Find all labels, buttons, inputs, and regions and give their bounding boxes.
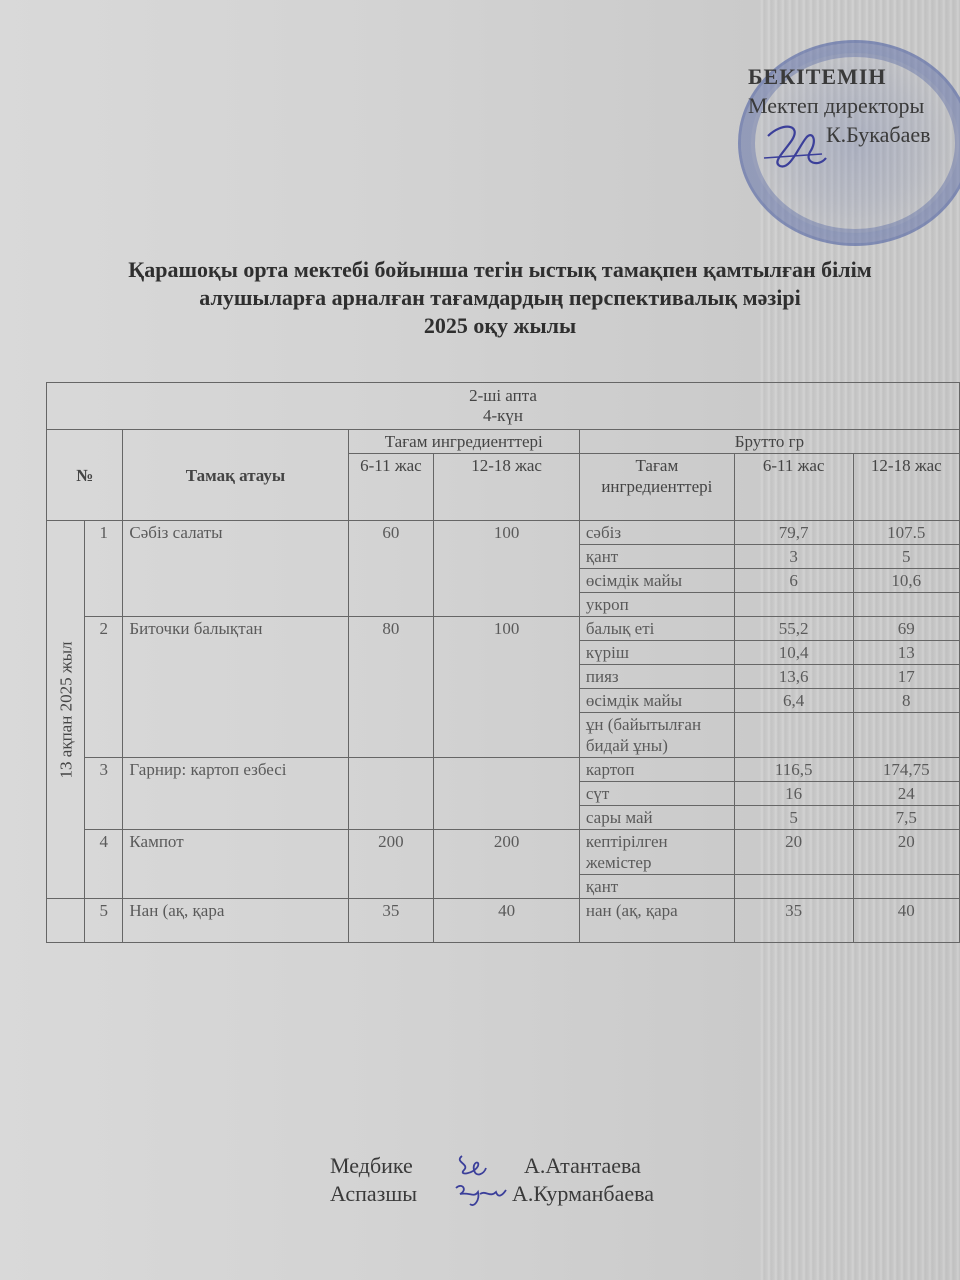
brutto-12-18: 8: [853, 689, 959, 713]
portion-6-11: 60: [348, 521, 434, 617]
brutto-6-11: 3: [734, 545, 853, 569]
nurse-role: Медбике: [330, 1152, 440, 1180]
dish-number: 3: [85, 758, 123, 830]
table-row: 5Нан (ақ, қара3540нан (ақ, қара3540: [47, 899, 960, 943]
portion-12-18: [434, 758, 580, 830]
brutto-6-11: 16: [734, 782, 853, 806]
dish-name: Сәбіз салаты: [123, 521, 348, 617]
dish-number: 5: [85, 899, 123, 943]
brutto-6-11: [734, 875, 853, 899]
header-portion-12-18: 12-18 жас: [434, 454, 580, 521]
menu-table: 2-ші апта 4-күн № Тамақ атауы Тағам ингр…: [46, 382, 960, 943]
dish-number: 4: [85, 830, 123, 899]
brutto-12-18: 40: [853, 899, 959, 943]
brutto-12-18: [853, 593, 959, 617]
brutto-12-18: 20: [853, 830, 959, 875]
ingredient-name: сүт: [579, 782, 734, 806]
header-no: №: [47, 430, 123, 521]
date-label: 13 ақпан 2025 жыл: [55, 641, 76, 778]
brutto-12-18: [853, 713, 959, 758]
portion-6-11: 35: [348, 899, 434, 943]
header-brutto-group: Брутто гр: [579, 430, 959, 454]
cook-signature-icon: [440, 1180, 510, 1208]
approval-position: Мектеп директоры: [748, 91, 931, 120]
cook-name: А.Курманбаева: [510, 1180, 654, 1208]
portion-12-18: 200: [434, 830, 580, 899]
brutto-6-11: 10,4: [734, 641, 853, 665]
director-signature-icon: [762, 118, 832, 174]
table-row: 2Биточки балықтан80100балық еті55,269: [47, 617, 960, 641]
ingredient-name: балық еті: [579, 617, 734, 641]
table-row: 13 ақпан 2025 жыл1Сәбіз салаты60100сәбіз…: [47, 521, 960, 545]
title-line-1: Қарашоқы орта мектебі бойынша тегін ысты…: [40, 256, 960, 284]
header-portion-6-11: 6-11 жас: [348, 454, 434, 521]
brutto-6-11: 55,2: [734, 617, 853, 641]
ingredient-name: өсімдік майы: [579, 569, 734, 593]
ingredient-name: кептірілген жемістер: [579, 830, 734, 875]
cook-signature-row: Аспазшы А.Курманбаева: [330, 1180, 654, 1208]
header-ingredients-group: Тағам ингредиенттері: [348, 430, 579, 454]
ingredient-name: қант: [579, 545, 734, 569]
portion-6-11: [348, 758, 434, 830]
date-cell: 13 ақпан 2025 жыл: [47, 521, 85, 899]
brutto-6-11: [734, 593, 853, 617]
table-row: 4Кампот200200кептірілген жемістер2020: [47, 830, 960, 875]
brutto-12-18: 7,5: [853, 806, 959, 830]
brutto-6-11: 6,4: [734, 689, 853, 713]
brutto-6-11: 13,6: [734, 665, 853, 689]
header-dish-name: Тамақ атауы: [123, 430, 348, 521]
cook-role: Аспазшы: [330, 1180, 440, 1208]
dish-number: 2: [85, 617, 123, 758]
title-line-2: алушыларға арналған тағамдардың перспект…: [40, 284, 960, 312]
table-row: 3Гарнир: картоп езбесікартоп116,5174,75: [47, 758, 960, 782]
ingredient-name: укроп: [579, 593, 734, 617]
day-label: 4-күн: [53, 406, 953, 426]
dish-name: Биточки балықтан: [123, 617, 348, 758]
portion-12-18: 100: [434, 617, 580, 758]
title-line-3: 2025 оқу жылы: [40, 312, 960, 340]
ingredient-name: қант: [579, 875, 734, 899]
brutto-12-18: 10,6: [853, 569, 959, 593]
brutto-12-18: 5: [853, 545, 959, 569]
ingredient-name: сары май: [579, 806, 734, 830]
brutto-6-11: 6: [734, 569, 853, 593]
menu-table-body: 13 ақпан 2025 жыл1Сәбіз салаты60100сәбіз…: [47, 521, 960, 943]
week-day-header: 2-ші апта 4-күн: [47, 383, 960, 430]
brutto-6-11: 20: [734, 830, 853, 875]
ingredient-name: сәбіз: [579, 521, 734, 545]
portion-12-18: 40: [434, 899, 580, 943]
nurse-signature-icon: [440, 1152, 510, 1180]
portion-12-18: 100: [434, 521, 580, 617]
brutto-12-18: 69: [853, 617, 959, 641]
brutto-6-11: 35: [734, 899, 853, 943]
document-title: Қарашоқы орта мектебі бойынша тегін ысты…: [40, 256, 960, 340]
ingredient-name: өсімдік майы: [579, 689, 734, 713]
header-brutto-6-11: 6-11 жас: [734, 454, 853, 521]
dish-number: 1: [85, 521, 123, 617]
ingredient-name: пияз: [579, 665, 734, 689]
ingredient-name: ұн (байытылған бидай ұны): [579, 713, 734, 758]
brutto-12-18: 13: [853, 641, 959, 665]
ingredient-name: күріш: [579, 641, 734, 665]
ingredient-name: нан (ақ, қара: [579, 899, 734, 943]
signatures-footer: Медбике А.Атантаева Аспазшы А.Курманбаев…: [330, 1152, 654, 1208]
nurse-signature-row: Медбике А.Атантаева: [330, 1152, 654, 1180]
approval-heading: БЕКІТЕМІН: [748, 62, 931, 91]
dish-name: Гарнир: картоп езбесі: [123, 758, 348, 830]
dish-name: Нан (ақ, қара: [123, 899, 348, 943]
brutto-12-18: 24: [853, 782, 959, 806]
brutto-12-18: [853, 875, 959, 899]
portion-6-11: 80: [348, 617, 434, 758]
date-cell-empty: [47, 899, 85, 943]
dish-name: Кампот: [123, 830, 348, 899]
brutto-12-18: 174,75: [853, 758, 959, 782]
brutto-12-18: 17: [853, 665, 959, 689]
brutto-6-11: 79,7: [734, 521, 853, 545]
header-ingredients: Тағам ингредиенттері: [579, 454, 734, 521]
brutto-6-11: 5: [734, 806, 853, 830]
brutto-6-11: [734, 713, 853, 758]
header-brutto-12-18: 12-18 жас: [853, 454, 959, 521]
brutto-6-11: 116,5: [734, 758, 853, 782]
nurse-name: А.Атантаева: [510, 1152, 641, 1180]
brutto-12-18: 107.5: [853, 521, 959, 545]
week-label: 2-ші апта: [53, 386, 953, 406]
ingredient-name: картоп: [579, 758, 734, 782]
portion-6-11: 200: [348, 830, 434, 899]
